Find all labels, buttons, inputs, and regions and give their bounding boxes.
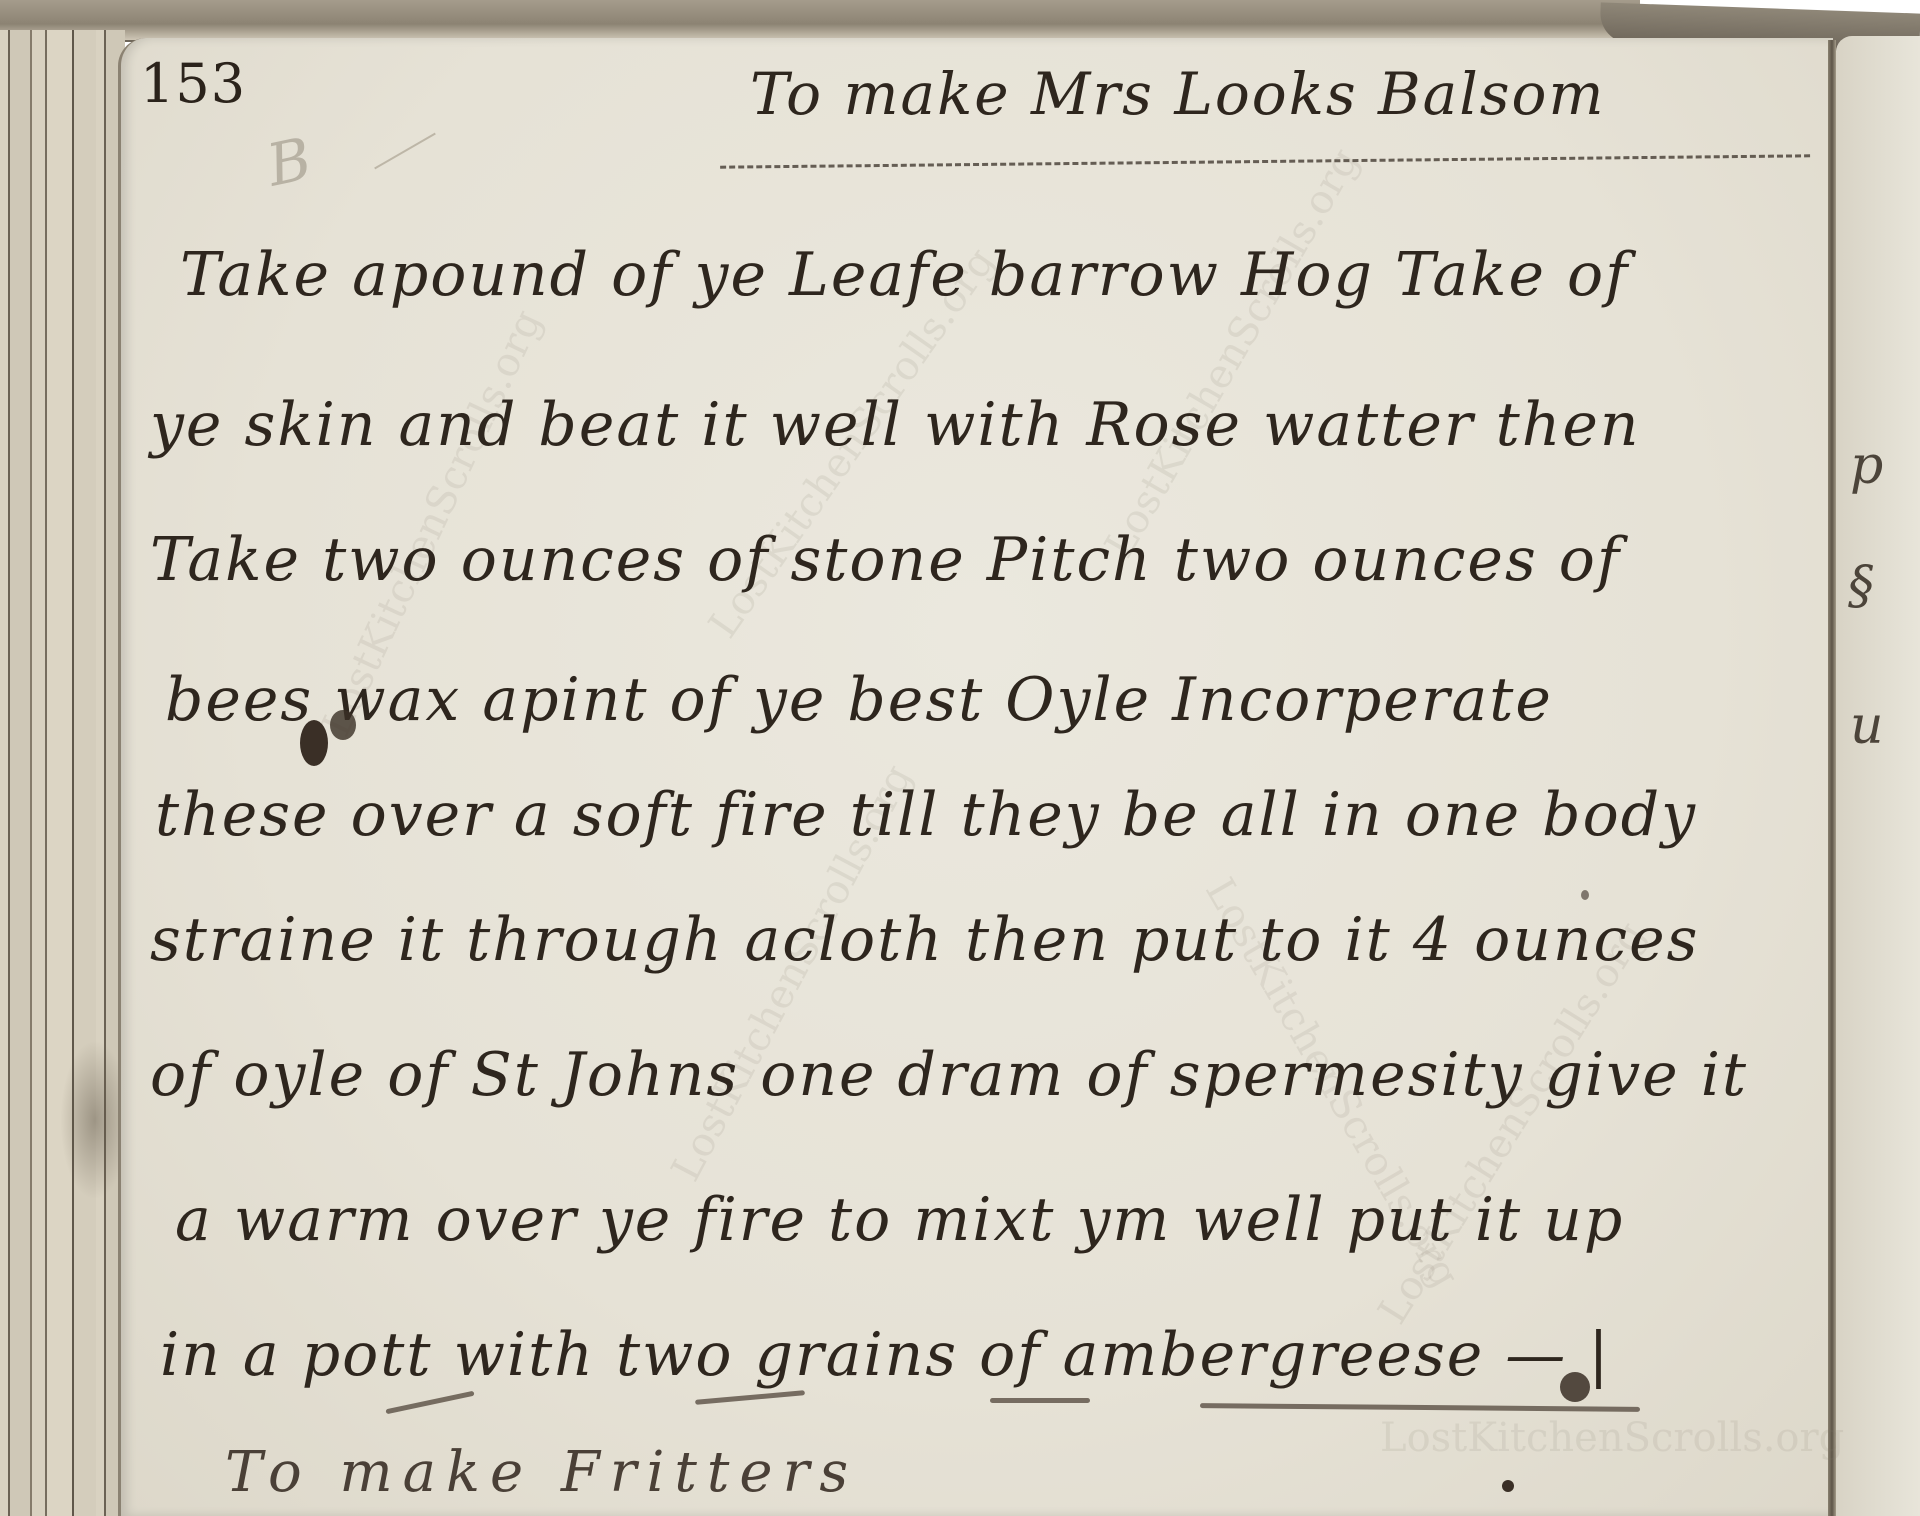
ink-blot [1560,1372,1590,1402]
next-recipe-title: To make Fritters [225,1440,858,1505]
adjacent-page: p § u [1836,36,1920,1516]
recipe-line: these over a soft fire till they be all … [155,780,1697,850]
recipe-line: Take two ounces of stone Pitch two ounce… [150,525,1621,595]
manuscript-scan: p § u LostKitchenScrolls.org LostKitchen… [0,0,1920,1516]
recipe-line: a warm over ye fire to mixt ym well put … [175,1185,1624,1255]
ink-blot [300,720,328,766]
underline-flourish [990,1398,1090,1403]
recipe-line: Take apound of ye Leafe barrow Hog Take … [180,240,1629,310]
recipe-line: bees wax apint of ye best Oyle Incorpera… [165,665,1553,735]
folio-number: 153 [140,52,246,115]
adjacent-page-fragment: p [1850,436,1883,496]
ink-dot [1502,1480,1514,1492]
book-gutter [1828,40,1836,1516]
recipe-line: ye skin and beat it well with Rose watte… [150,390,1641,460]
adjacent-page-fragment: § [1848,556,1874,616]
page-stack-edge [0,30,125,1516]
recipe-line: straine it through acloth then put to it… [150,905,1699,975]
recipe-line: in a pott with two grains of ambergreese… [160,1320,1611,1390]
recipe-title: To make Mrs Looks Balsom [750,60,1605,128]
book-top-edge [0,0,1640,42]
adjacent-page-fragment: u [1850,696,1884,756]
ink-blot [330,710,356,740]
recipe-line: of oyle of St Johns one dram of spermesi… [150,1040,1748,1110]
ink-dot [1581,890,1589,900]
